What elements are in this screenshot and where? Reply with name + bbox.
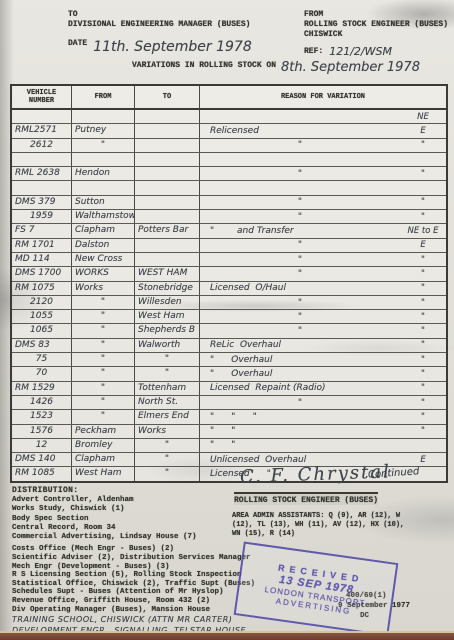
reason-text: Licensed O/Haul [200,282,400,294]
cell-from: " [72,324,135,337]
status-code: " [400,354,446,366]
reason-text: " Overhaul [200,368,400,380]
area-admin-assistants: AREA ADMIN ASSISTANTS: Q (9), AR (12), W… [232,512,412,539]
cell-vehicle: 1065 [12,324,72,337]
cell-from: Putney [72,124,135,137]
ref-label: REF: [304,47,323,56]
cell-reason: "" [200,167,446,180]
column-header-from: FROM [72,86,135,108]
cell-to [135,167,200,180]
cell-from: Sutton [72,196,135,209]
reason-text: " [200,268,400,280]
table-row: 2612""" [12,139,446,153]
cell-to: Elmers End [135,410,200,423]
cell-vehicle: DMS 140 [12,453,72,466]
cell-vehicle: RML2571 [12,124,72,137]
reason-text: " [200,196,400,208]
cell-reason: Licensed O/Haul" [200,282,446,295]
cell-from: " [72,353,135,366]
table-row: 75""" Overhaul" [12,353,446,367]
cell-vehicle: RM 1529 [12,382,72,395]
cell-reason: " and TransferNE to E [200,224,446,237]
subject-line: VARIATIONS IN ROLLING STOCK ON8th. Septe… [132,58,420,76]
reason-text: " " [200,425,400,437]
table-header-row: VEHICLE NUMBER FROM TO REASON FOR VARIAT… [12,86,446,110]
table-row: 1065"Shepherds B"" [12,324,446,338]
table-row: 1576PeckhamWorks" "" [12,425,446,439]
table-row [12,153,446,167]
cell-from: Dalston [72,239,135,252]
cell-to [135,196,200,209]
cell-from: Clapham [72,453,135,466]
status-code: E [400,454,446,466]
status-code: " [400,382,446,394]
table-row: RM 1075WorksStonebridgeLicensed O/Haul" [12,282,446,296]
cell-to: " [135,439,200,452]
status-code: " [400,282,446,294]
cell-to: " [135,467,200,480]
cell-reason: "" [200,310,446,323]
to-value: DIVISIONAL ENGINEERING MANAGER (BUSES) [68,20,250,30]
cell-to: North St. [135,396,200,409]
column-header-vehicle: VEHICLE NUMBER [12,86,72,108]
cell-from: " [72,310,135,323]
status-code: " [400,139,446,151]
cell-to: West Ham [135,310,200,323]
cell-reason: "" [200,210,446,223]
status-code: " [400,311,446,323]
cell-to [135,210,200,223]
cell-to [135,253,200,266]
cell-vehicle: RML 2638 [12,167,72,180]
variations-table: VEHICLE NUMBER FROM TO REASON FOR VARIAT… [10,84,448,483]
scanned-document: TO DIVISIONAL ENGINEERING MANAGER (BUSES… [0,0,454,640]
cell-reason: " " [200,439,446,452]
cell-vehicle: 1576 [12,425,72,438]
status-code: " [400,168,446,180]
cell-vehicle: MD 114 [12,253,72,266]
cell-from: " [72,410,135,423]
cell-reason: ReLic Overhaul" [200,339,446,352]
to-label: TO [68,10,250,20]
table-row: DMS 83"WalworthReLic Overhaul" [12,339,446,353]
reason-text: ReLic Overhaul [200,339,400,351]
cell-to: Tottenham [135,382,200,395]
reason-text: " [200,254,400,266]
status-code: " [400,425,446,437]
sender-block: FROM ROLLING STOCK ENGINEER (BUSES) CHIS… [304,10,448,40]
cell-vehicle: RM 1085 [12,467,72,480]
table-row: RM 1701Dalston"E [12,239,446,253]
cell-vehicle: FS 7 [12,224,72,237]
cell-reason: "" [200,253,446,266]
status-code: " [400,211,446,223]
cell-vehicle: 1523 [12,410,72,423]
cell-from: Works [72,282,135,295]
reason-text: " " [200,439,400,451]
reason-text: " [200,239,400,251]
cell-to: Shepherds B [135,324,200,337]
reason-text: " and Transfer [200,225,400,237]
cell-vehicle: 12 [12,439,72,452]
status-code: " [400,368,446,380]
reason-text: " [200,325,400,337]
cell-from: Bromley [72,439,135,452]
cell-from: " [72,339,135,352]
status-code: NE [400,111,446,123]
reason-text: " Overhaul [200,354,400,366]
cell-reason: NE [200,110,446,123]
cell-to: Potters Bar [135,224,200,237]
column-header-to: TO [135,86,200,108]
cell-from [72,181,135,194]
cell-from [72,153,135,166]
cell-reason: " Overhaul" [200,367,446,380]
table-row: 70""" Overhaul" [12,367,446,381]
table-row: 1959Walthamstow"" [12,210,446,224]
table-row: 12Bromley"" " [12,439,446,453]
table-row [12,181,446,195]
cell-reason: RelicensedE [200,124,446,137]
cell-from [72,110,135,123]
table-row: NE [12,110,446,124]
cell-vehicle: RM 1701 [12,239,72,252]
table-row: 2120"Willesden"" [12,296,446,310]
cell-to: WEST HAM [135,267,200,280]
cell-vehicle: DMS 379 [12,196,72,209]
cell-vehicle: 1426 [12,396,72,409]
from-location: CHISWICK [304,30,448,40]
cell-reason [200,153,446,166]
status-code: " [400,339,446,351]
cell-from: " [72,382,135,395]
cell-to: " [135,353,200,366]
date-value: 11th. September 1978 [93,39,252,55]
status-code: " [400,397,446,409]
cell-to: Stonebridge [135,282,200,295]
cell-to [135,181,200,194]
ref-value: 121/2/WSM [329,45,392,58]
cell-to: " [135,453,200,466]
table-row: RML 2638Hendon"" [12,167,446,181]
status-code: " [400,325,446,337]
reason-text: " [200,297,400,309]
table-row: RM 1529"TottenhamLicensed Repaint (Radio… [12,382,446,396]
table-row: 1426"North St."" [12,396,446,410]
cell-from: Clapham [72,224,135,237]
reason-text: Relicensed [200,125,400,137]
cell-vehicle [12,181,72,194]
status-code: " [400,268,446,280]
cell-vehicle: RM 1075 [12,282,72,295]
column-header-reason: REASON FOR VARIATION [200,86,446,108]
cell-from: Hendon [72,167,135,180]
cell-vehicle [12,110,72,123]
cell-reason: "" [200,324,446,337]
addressee-block: TO DIVISIONAL ENGINEERING MANAGER (BUSES… [68,10,250,30]
reason-text: Licensed Repaint (Radio) [200,382,400,394]
status-code: " [400,411,446,423]
cell-vehicle: DMS 1700 [12,267,72,280]
cell-to: Willesden [135,296,200,309]
cell-from: WORKS [72,267,135,280]
reason-text: " " " [200,411,400,423]
cell-from: " [72,367,135,380]
cell-from: " [72,139,135,152]
cell-reason: " Overhaul" [200,353,446,366]
table-body: NERML2571PutneyRelicensedE2612"""RML 263… [12,110,446,481]
cell-from: West Ham [72,467,135,480]
cell-to [135,124,200,137]
cell-vehicle: 1959 [12,210,72,223]
date-line: DATE11th. September 1978 [68,38,252,56]
cell-to [135,239,200,252]
table-row: MD 114New Cross"" [12,253,446,267]
date-label: DATE [68,39,87,48]
cell-reason [200,181,446,194]
from-label: FROM [304,10,448,20]
cell-from: Walthamstow [72,210,135,223]
cell-reason: Licensed Repaint (Radio)" [200,382,446,395]
cell-reason: "" [200,196,446,209]
cell-vehicle: DMS 83 [12,339,72,352]
table-row: DMS 1700WORKSWEST HAM"" [12,267,446,281]
reason-text: " [200,139,400,151]
status-code: E [400,125,446,137]
cell-reason: " " "" [200,410,446,423]
status-code: " [400,196,446,208]
cell-reason: "" [200,396,446,409]
cell-reason: "E [200,239,446,252]
table-row: 1055"West Ham"" [12,310,446,324]
cell-to: Walworth [135,339,200,352]
table-row: 1523"Elmers End" " "" [12,410,446,424]
reason-text: " [200,397,400,409]
cell-from: Peckham [72,425,135,438]
cell-from: " [72,296,135,309]
cell-to: Works [135,425,200,438]
table-row: RML2571PutneyRelicensedE [12,124,446,138]
status-code: NE to E [400,225,446,237]
reason-text: " [200,211,400,223]
subject-date: 8th. September 1978 [281,60,420,75]
page-edge [0,633,454,640]
cell-vehicle: 2612 [12,139,72,152]
table-row: FS 7ClaphamPotters Bar" and TransferNE t… [12,224,446,238]
signatory-title: ROLLING STOCK ENGINEER (BUSES) [234,492,378,505]
cell-vehicle: 2120 [12,296,72,309]
cell-reason: "" [200,296,446,309]
reason-text: " [200,311,400,323]
cell-from: " [72,396,135,409]
cell-to [135,110,200,123]
from-value: ROLLING STOCK ENGINEER (BUSES) [304,20,448,30]
subject-label: VARIATIONS IN ROLLING STOCK ON [132,61,276,70]
status-code: " [400,254,446,266]
table-row: DMS 379Sutton"" [12,196,446,210]
cell-vehicle: 75 [12,353,72,366]
cell-reason: "" [200,139,446,152]
reason-text: " [200,168,400,180]
cell-to [135,153,200,166]
cell-vehicle: 1055 [12,310,72,323]
cell-vehicle: 70 [12,367,72,380]
status-code: " [400,297,446,309]
cell-vehicle [12,153,72,166]
status-code: E [400,239,446,251]
cell-reason: " "" [200,425,446,438]
cell-to: " [135,367,200,380]
cell-reason: "" [200,267,446,280]
cell-to [135,139,200,152]
cell-from: New Cross [72,253,135,266]
